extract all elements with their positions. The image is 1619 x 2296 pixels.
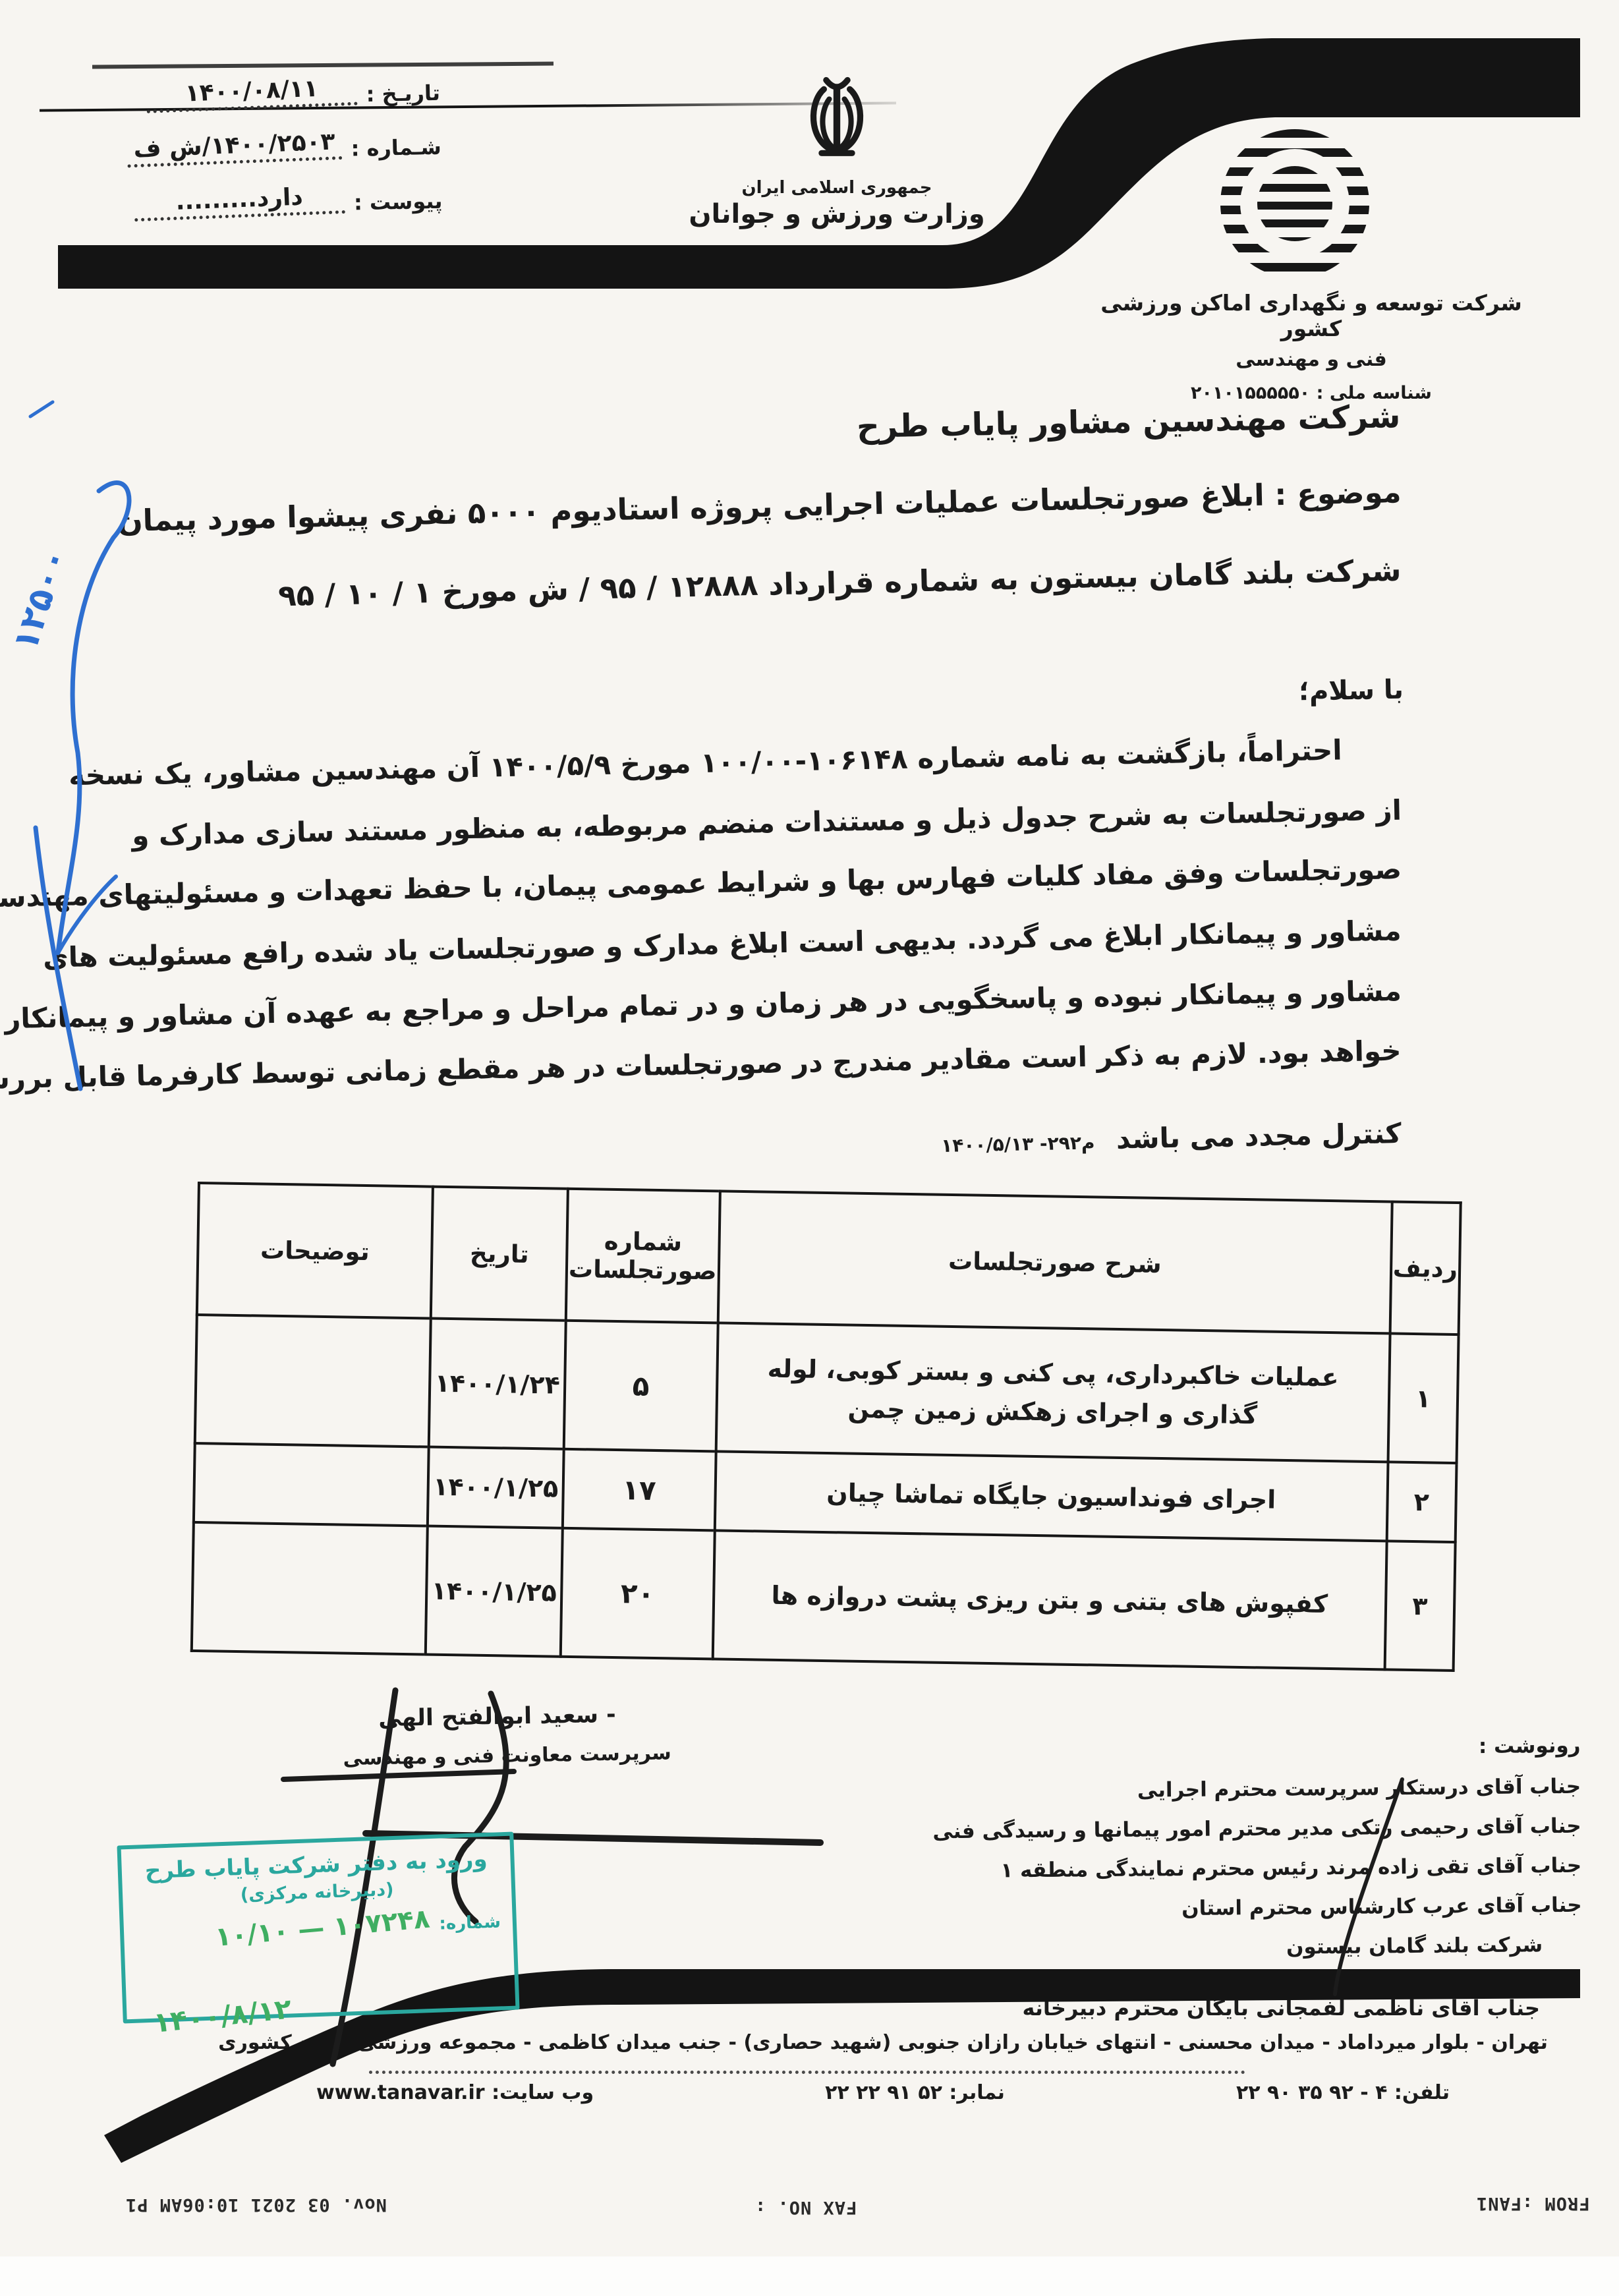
letter-subject-line1: موضوع : ابلاغ صورتجلسات عملیات اجرایی پر… [117, 474, 1402, 538]
col-header-number: شماره صورتجلسات [566, 1189, 720, 1323]
company-name-line2: فنی و مهندسی [1067, 348, 1555, 371]
cell-number: ۱۷ [563, 1449, 716, 1531]
fax-from-label: FROM :FAN1 [1476, 2193, 1590, 2214]
footer-phone: تلفن: ۴ - ۹۲ ۳۵ ۹۰ ۲۲ [1236, 2081, 1450, 2104]
cell-notes [194, 1443, 429, 1526]
letter-body-line: صورتجلسات وفق مفاد کلیات فهارس بها و شرا… [0, 853, 1402, 914]
footer-divider [369, 2071, 1245, 2074]
cc-item: جناب آقای عرب کارشناس محترم استان [791, 1893, 1582, 1924]
ref-date-row: تاريـخ : ۱۴۰۰/۰۸/۱۱ [44, 74, 440, 114]
col-header-notes: توضیحات [197, 1183, 433, 1319]
col-header-row-no: ردیف [1390, 1201, 1460, 1335]
letter-body-line: احتراماً، بازگشت به نامه شماره ۱۰۶۱۴۸-۱۰… [69, 733, 1402, 792]
letter-salutation: با سلام؛ [1299, 675, 1404, 707]
ministry-country: جمهوری اسلامی ایران [672, 178, 1002, 198]
company-header: شرکت توسعه و نگهداری اماکن ورزشی کشور فن… [1067, 290, 1555, 403]
cell-date: ۱۴۰۰/۱/۲۵ [428, 1447, 564, 1528]
ref-number-row: شـماره : ۱۴۰۰/۲۵۰۳/ش ف [45, 128, 441, 168]
ref-number-value: ۱۴۰۰/۲۵۰۳/ش ف [127, 128, 343, 167]
cell-description: کفپوش های بتنی و بتن ریزی پشت دروازه ها [712, 1530, 1386, 1669]
iran-emblem-icon [797, 72, 876, 171]
page-bottom-margin [0, 2256, 1619, 2296]
scan-artifact-line [92, 62, 554, 69]
letter-body-closing: کنترل مجدد می باشد م۲۹۲- ۱۴۰۰/۵/۱۳ [941, 1117, 1402, 1159]
cc-item: شرکت بلند گامان بیستون [791, 1933, 1543, 1963]
ref-attachment-row: پیوست : دارد......... [47, 182, 443, 222]
ministry-name: وزارت ورزش و جوانان [672, 199, 1002, 229]
cell-number: ۵ [564, 1321, 718, 1452]
minutes-table: ردیف شرح صورتجلسات شماره صورتجلسات تاریخ… [190, 1182, 1462, 1672]
col-header-description: شرح صورتجلسات [718, 1191, 1392, 1333]
cell-notes [192, 1522, 428, 1655]
company-globe-logo-icon [1220, 129, 1369, 278]
footer-website-row: وب سایت: www.tanavar.ir [316, 2081, 594, 2104]
entry-stamp: ورود به دفتر شرکت پایاب طرح (دبیرخانه مر… [117, 1832, 519, 2024]
cell-description: اجرای فونداسیون جایگاه تماشا چیان [714, 1451, 1388, 1541]
table-header-row: ردیف شرح صورتجلسات شماره صورتجلسات تاریخ… [197, 1183, 1461, 1335]
letter-subject-line2: شرکت بلند گامان بیستون به شماره قرارداد … [278, 553, 1402, 614]
cell-row-no: ۲ [1386, 1462, 1456, 1542]
stamp-number-label: شماره: [439, 1912, 501, 1934]
table-row: ۳ کفپوش های بتنی و بتن ریزی پشت دروازه ه… [192, 1522, 1456, 1671]
footer-fax: نمابر: ۵۲ ۹۱ ۲۲ ۲۲ [825, 2081, 1005, 2104]
reference-box: تاريـخ : ۱۴۰۰/۰۸/۱۱ شـماره : ۱۴۰۰/۲۵۰۳/ش… [44, 74, 443, 244]
stamp-number-value: ۱۰۷۲۴۸ — ۱۰/۱۰ [214, 1904, 431, 1953]
col-header-number-line1: شماره [569, 1226, 717, 1257]
col-header-number-line2: صورتجلسات [569, 1255, 717, 1286]
fax-number-label: FAX NO. : [754, 2197, 857, 2218]
cell-row-no: ۳ [1384, 1541, 1455, 1671]
col-header-date: تاریخ [431, 1187, 568, 1321]
cc-item: جناب آقای درستکار سرپرست محترم اجرایی [790, 1775, 1581, 1805]
fax-datetime: Nov. 03 2021 10:06AM P1 [125, 2195, 387, 2215]
scanned-letter-page: تاريـخ : ۱۴۰۰/۰۸/۱۱ شـماره : ۱۴۰۰/۲۵۰۳/ش… [0, 0, 1619, 2296]
signer-name: سعید ابوالفتح الهی - [342, 1701, 652, 1733]
blue-pen-dash [30, 402, 53, 416]
letter-body-line: از صورتجلسات به شرح جدول ذیل و مستندات م… [131, 794, 1402, 852]
cell-date: ۱۴۰۰/۱/۲۵ [426, 1526, 563, 1657]
cc-item: جناب آقای رحیمی رتکی مدیر محترم امور پیم… [791, 1814, 1581, 1845]
ref-number-label: شـماره : [351, 134, 441, 161]
cc-item: جناب آقای تقی زاده مرند رئیس محترم نماین… [791, 1854, 1581, 1884]
letter-body-line: مشاور و پیمانکار ابلاغ می گردد. بدیهی اس… [43, 914, 1402, 973]
cell-notes [195, 1315, 431, 1447]
footer-contact: تلفن: ۴ - ۹۲ ۳۵ ۹۰ ۲۲ نمابر: ۵۲ ۹۱ ۲۲ ۲۲… [316, 2081, 1450, 2104]
cc-list: رونوشت : جناب آقای درستکار سرپرست محترم … [789, 1734, 1582, 1979]
ref-attachment-value: دارد......... [133, 182, 345, 221]
cc-label: رونوشت : [789, 1734, 1580, 1764]
cell-number: ۲۰ [561, 1528, 715, 1659]
letter-body-line: مشاور و پیمانکار نبوده و پاسخگویی در هر … [5, 975, 1402, 1035]
letter-body-line: کنترل مجدد می باشد [1116, 1117, 1402, 1155]
handwritten-blue-note: ۱۲۵۰۰ [5, 544, 75, 655]
cell-row-no: ۱ [1388, 1333, 1458, 1463]
signer-title: سرپرست معاونت فنی و مهندسی [343, 1742, 653, 1770]
footer-website-label: وب سایت: [492, 2081, 594, 2104]
letter-recipient: شرکت مهندسین مشاور پایاب طرح [856, 398, 1400, 445]
ref-date-label: تاريـخ : [366, 80, 440, 107]
letter-body-line: خواهد بود. لازم به ذکر است مقادیر مندرج … [0, 1035, 1402, 1097]
cell-date: ۱۴۰۰/۱/۲۴ [429, 1319, 566, 1449]
footer-address: تهران - بلوار میرداماد - میدان محسنی - ا… [217, 2031, 1548, 2054]
signature-strike-line [283, 1771, 514, 1779]
company-name-line1: شرکت توسعه و نگهداری اماکن ورزشی کشور [1067, 290, 1555, 341]
letter-body-note: م۲۹۲- ۱۴۰۰/۵/۱۳ [941, 1132, 1095, 1157]
table-row: ۱ عملیات خاکبرداری، پی کنی و بستر کوبی، … [195, 1315, 1459, 1463]
signature-block: سعید ابوالفتح الهی - سرپرست معاونت فنی و… [342, 1701, 653, 1770]
ref-attachment-label: پیوست : [354, 188, 443, 215]
footer-website-url: www.tanavar.ir [316, 2081, 485, 2104]
stamp-number-row: شماره: ۱۰۷۲۴۸ — ۱۰/۱۰ [123, 1907, 501, 1950]
cell-description: عملیات خاکبرداری، پی کنی و بستر کوبی، لو… [716, 1323, 1390, 1462]
ministry-header: جمهوری اسلامی ایران وزارت ورزش و جوانان [672, 72, 1002, 229]
ref-date-value: ۱۴۰۰/۰۸/۱۱ [146, 74, 358, 113]
globe-core [1257, 166, 1332, 241]
cc-item-last: جناب آقای ناظمی لفمجانی بایگان محترم دبی… [1022, 1995, 1540, 2021]
